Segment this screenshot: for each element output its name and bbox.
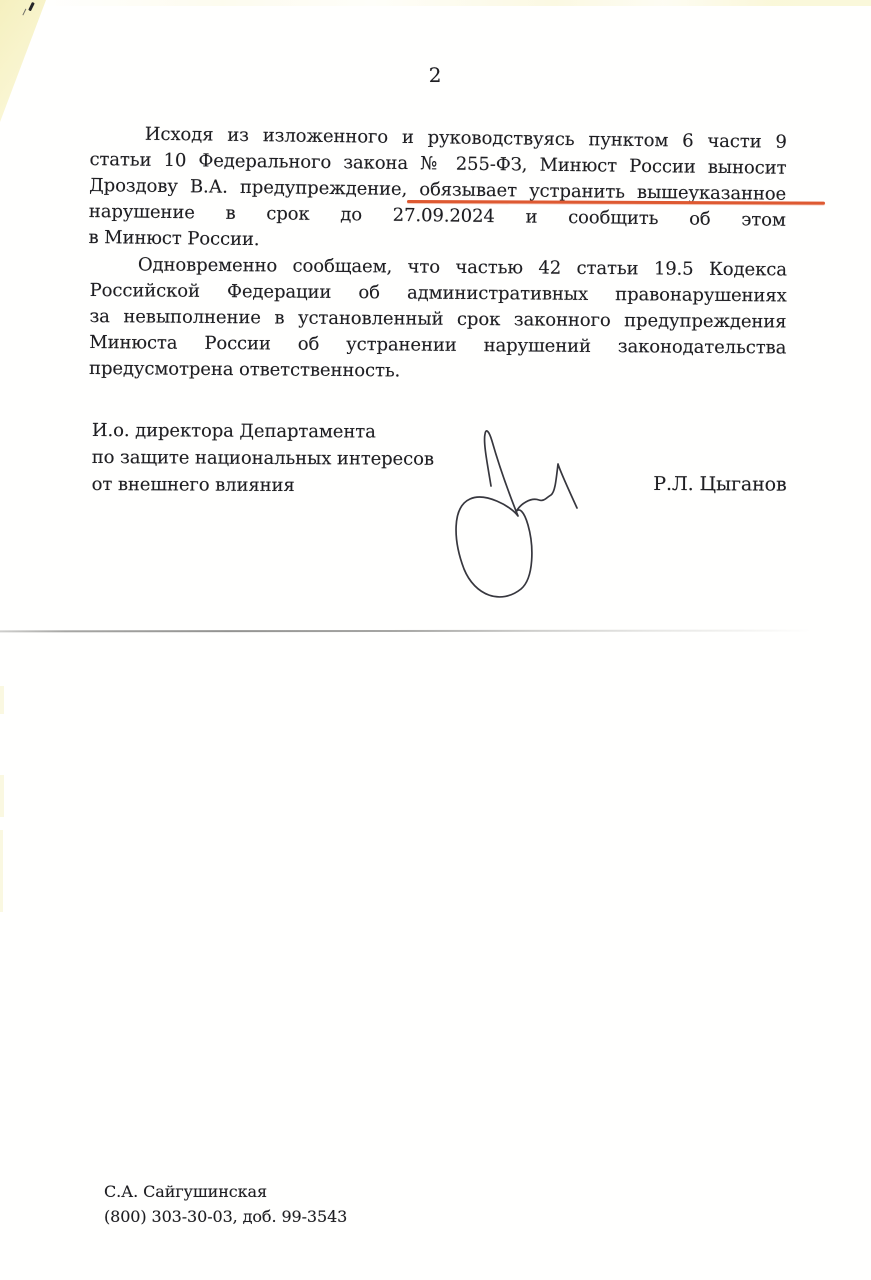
page-number: 2	[385, 63, 485, 87]
scan-edge-artifact	[0, 775, 4, 817]
document-page: 2 Исходя из изложенного и руководствуясь…	[0, 0, 871, 1280]
paragraph-warning: Исходя из изложенного и руководствуясь п…	[88, 121, 787, 260]
executor-phone: (800) 303-30-03, доб. 99-3543	[104, 1204, 347, 1229]
signature-icon	[441, 419, 604, 611]
scan-edge-artifact	[0, 686, 4, 714]
text-line: по защите национальных интересов	[92, 444, 787, 475]
scan-edge-artifact	[0, 830, 3, 912]
executor-name: С.А. Сайгушинская	[104, 1179, 347, 1204]
paragraph-liability: Одновременно сообщаем, что частью 42 ста…	[89, 252, 787, 387]
text-line: И.о. директора Департамента	[92, 417, 787, 448]
scan-top-edge	[40, 0, 871, 6]
signer-name: Р.Л. Цыганов	[653, 471, 786, 499]
page-corner-fold	[0, 0, 46, 122]
signature-block: И.о. директора Департаментапо защите нац…	[92, 417, 787, 502]
text-line: предусмотрена ответственность.	[89, 356, 786, 387]
fold-crease-line	[0, 630, 812, 633]
footer-contact: С.А. Сайгушинская (800) 303-30-03, доб. …	[104, 1179, 347, 1229]
